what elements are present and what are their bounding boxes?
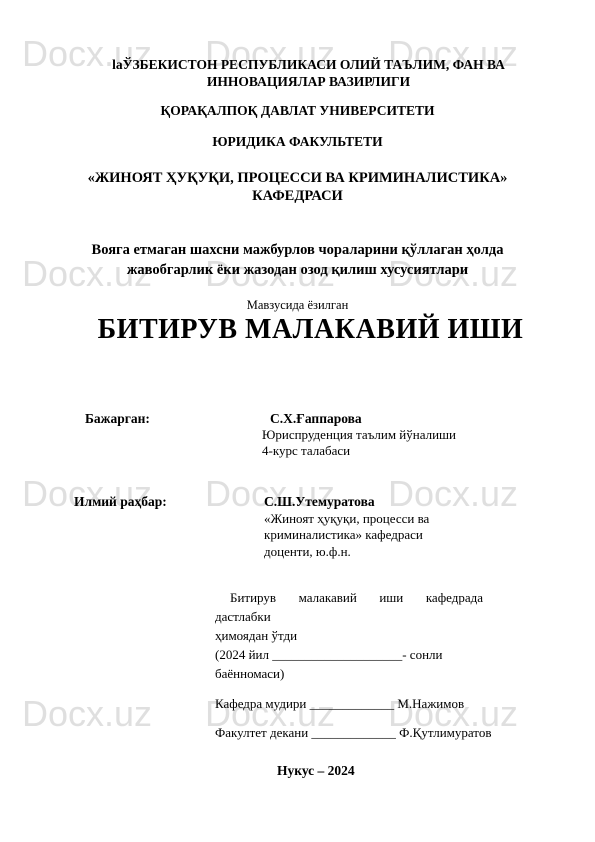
document-content: laЎЗБЕКИСТОН РЕСПУБЛИКАСИ ОЛИЙ ТАЪЛИМ, Ф… <box>0 0 595 842</box>
dean-signature-line: Факултет декани _____________ Ф.Қутлимур… <box>215 723 483 742</box>
department-line-2: КАФЕДРАСИ <box>0 188 595 206</box>
city-year-footer: Нукус – 2024 <box>277 763 355 779</box>
supervisor-detail-3: доценти, ю.ф.н. <box>264 544 429 561</box>
defense-statement-block: Битирув малакавий иши кафедрада дастлабк… <box>215 588 483 742</box>
supervisor-detail-1: «Жиноят ҳуқуқи, процесси ва <box>264 511 429 528</box>
author-label: Бажарган: <box>85 411 150 427</box>
supervisor-name: С.Ш.Утемуратова <box>264 494 429 511</box>
department-head-signature-line: Кафедра мудири _____________ М.Нажимов <box>215 694 483 713</box>
supervisor-label: Илмий раҳбар: <box>74 494 167 510</box>
author-block: С.Х.Ғаппарова Юриспруденция таълим йўнал… <box>262 411 456 459</box>
author-detail-1: Юриспруденция таълим йўналиши <box>262 427 456 443</box>
department-heading: «ЖИНОЯТ ҲУҚУҚИ, ПРОЦЕССИ ВА КРИМИНАЛИСТИ… <box>0 170 595 205</box>
faculty-heading: ЮРИДИКА ФАКУЛЬТЕТИ <box>0 134 595 150</box>
thesis-topic-line-2: жавобгарлик ёки жазодан озод қилиш хусус… <box>0 260 595 280</box>
author-name: С.Х.Ғаппарова <box>262 411 456 427</box>
department-line-1: «ЖИНОЯТ ҲУҚУҚИ, ПРОЦЕССИ ВА КРИМИНАЛИСТИ… <box>0 170 595 188</box>
topic-note: Мавзусида ёзилган <box>0 298 595 313</box>
supervisor-block: С.Ш.Утемуратова «Жиноят ҳуқуқи, процесси… <box>264 494 429 561</box>
ministry-heading: laЎЗБЕКИСТОН РЕСПУБЛИКАСИ ОЛИЙ ТАЪЛИМ, Ф… <box>0 57 595 90</box>
document-page: Docx.uz Docx.uz Docx.uz Docx.uz Docx.uz … <box>0 0 595 842</box>
protocol-line: (2024 йил ____________________- сонли ба… <box>215 645 483 683</box>
defense-statement-line-1: Битирув малакавий иши кафедрада дастлабк… <box>215 588 483 626</box>
university-heading: ҚОРАҚАЛПОҚ ДАВЛАТ УНИВЕРСИТЕТИ <box>0 103 595 119</box>
defense-statement-line-2: ҳимоядан ўтди <box>215 626 483 645</box>
ministry-line-2: ИННОВАЦИЯЛАР ВАЗИРЛИГИ <box>22 74 595 91</box>
thesis-topic-line-1: Вояга етмаган шахсни мажбурлов чораларин… <box>0 240 595 260</box>
work-type-title: БИТИРУВ МАЛАКАВИЙ ИШИ <box>0 314 595 346</box>
supervisor-detail-2: криминалистика» кафедраси <box>264 527 429 544</box>
thesis-topic: Вояга етмаган шахсни мажбурлов чораларин… <box>0 240 595 280</box>
author-detail-2: 4-курс талабаси <box>262 443 456 459</box>
ministry-line-1: laЎЗБЕКИСТОН РЕСПУБЛИКАСИ ОЛИЙ ТАЪЛИМ, Ф… <box>22 57 595 74</box>
